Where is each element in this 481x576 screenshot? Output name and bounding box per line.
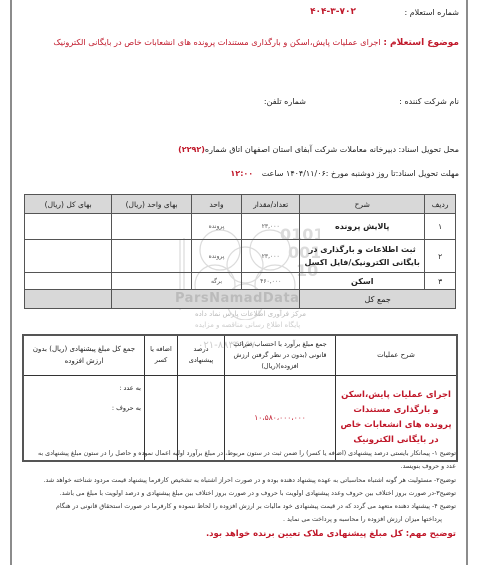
table-row: ۳ اسکن ۴۶۰,۰۰۰ برگه xyxy=(25,273,456,290)
row-description: اسکن xyxy=(300,273,425,290)
company-name-label: نام شرکت کننده : xyxy=(399,97,459,106)
items-table-header: ردیف شرح تعداد/مقدار واحد بهای واحد (ریا… xyxy=(25,195,456,214)
note-3: توضیح۳-در صورت بروز اختلاف بین حروف وعدد… xyxy=(30,487,456,500)
delivery-deadline: مهلت تحویل اسناد:تا روز دوشنبه مورخ :۱۴۰… xyxy=(230,169,459,178)
col-quantity: تعداد/مقدار xyxy=(242,195,300,214)
row-unit: پرونده xyxy=(191,214,241,240)
col-total-price: بهای کل (ریال) xyxy=(25,195,112,214)
col-percent: درصد پیشنهادی xyxy=(178,335,225,375)
deadline-time: ۱۲:۰۰ xyxy=(230,169,253,178)
col-estimate: جمع مبلغ برآورد با احتساب ضرائب قانونی (… xyxy=(225,335,336,375)
in-digits-label: به عدد : xyxy=(27,378,141,398)
row-quantity: ۲۳,۰۰۰ xyxy=(242,214,300,240)
col-unit: واحد xyxy=(191,195,241,214)
table-row: ۱ پالایش پرونده ۲۳,۰۰۰ پرونده xyxy=(25,214,456,240)
watermark-line2: پایگاه اطلاع رسانی مناقصه و مزایده xyxy=(195,321,300,329)
notes-section: توضیح ۱- پیمانکار بایستی درصد پیشنهادی (… xyxy=(30,447,456,541)
subject-line: موضوع استعلام : اجرای عملیات پایش،اسکن و… xyxy=(19,36,459,49)
watermark-brand: ParsNamadData xyxy=(175,291,299,306)
row-description: پالایش پرونده xyxy=(300,214,425,240)
in-words-label: به حروف : xyxy=(27,398,141,418)
row-total-price[interactable] xyxy=(25,214,112,240)
proposal-table-header: شرح عملیات جمع مبلغ برآورد با احتساب ضرا… xyxy=(23,335,457,375)
col-unit-price: بهای واحد (ریال) xyxy=(112,195,192,214)
row-unit-price[interactable] xyxy=(112,273,192,290)
delivery-place-text: محل تحویل اسناد: دبیرخانه معاملات شرکت آ… xyxy=(205,145,459,154)
row-unit-price[interactable] xyxy=(112,214,192,240)
row-quantity: ۴۶۰,۰۰۰ xyxy=(242,273,300,290)
col-description: شرح xyxy=(300,195,425,214)
deadline-text: مهلت تحویل اسناد:تا روز دوشنبه مورخ :۱۴۰… xyxy=(262,169,459,178)
row-total-price[interactable] xyxy=(25,240,112,273)
important-note: توضیح مهم: کل مبلغ پیشنهادی ملاک تعیین ب… xyxy=(30,527,456,541)
col-row: ردیف xyxy=(425,195,456,214)
note-4: توضیح ۴- پیشنهاد دهنده متعهد می گردد که … xyxy=(30,500,456,513)
note-4-continued: پرداختها میزان ارزش افزوده را محاسبه و پ… xyxy=(30,513,456,526)
row-total-price[interactable] xyxy=(25,273,112,290)
total-label: جمع کل xyxy=(300,290,456,309)
row-unit: برگه xyxy=(191,273,241,290)
room-number: (۲۲۹۲) xyxy=(178,145,205,154)
col-total-proposed: جمع کل مبلغ پیشنهادی (ریال) بدون ارزش اف… xyxy=(23,335,145,375)
total-value[interactable] xyxy=(25,290,112,309)
delivery-place: محل تحویل اسناد: دبیرخانه معاملات شرکت آ… xyxy=(178,145,459,154)
phone-label: شماره تلفن: xyxy=(264,97,306,106)
inquiry-number-label: شماره استعلام : xyxy=(404,8,459,17)
subject-label: موضوع استعلام : xyxy=(383,38,459,48)
row-unit-price[interactable] xyxy=(112,240,192,273)
col-add-or-deduct: اضافه یا کسر xyxy=(145,335,178,375)
inquiry-number: ۴۰۴-۳-۷۰۲ xyxy=(310,7,356,17)
row-quantity: ۲۳,۰۰۰ xyxy=(242,240,300,273)
proposal-table: شرح عملیات جمع مبلغ برآورد با احتساب ضرا… xyxy=(22,334,458,462)
table-row: ۲ ثبت اطلاعات و بارگذاری در بایگانی الکت… xyxy=(25,240,456,273)
col-operation: شرح عملیات xyxy=(336,335,458,375)
note-2: توضیح۲- مسئولیت هر گونه اشتباه محاسباتی … xyxy=(30,474,456,487)
row-unit: پرونده xyxy=(191,240,241,273)
subject-text: اجرای عملیات پایش،اسکن و بارگذاری مستندا… xyxy=(53,37,380,47)
row-number: ۱ xyxy=(425,214,456,240)
row-number: ۳ xyxy=(425,273,456,290)
note-1: توضیح ۱- پیمانکار بایستی درصد پیشنهادی (… xyxy=(30,447,456,474)
watermark-line1: مرکز فرآوری اطلاعات پارس نماد داده xyxy=(195,310,306,318)
row-description: ثبت اطلاعات و بارگذاری در بایگانی الکترو… xyxy=(300,240,425,273)
row-number: ۲ xyxy=(425,240,456,273)
